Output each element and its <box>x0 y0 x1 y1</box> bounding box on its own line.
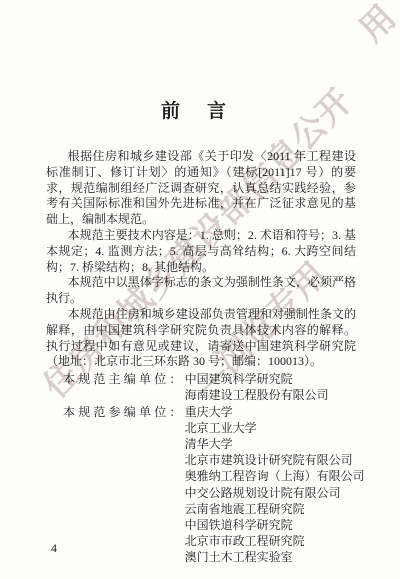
unit-name: 海南建设工程股份有限公司 <box>185 387 329 403</box>
unit-name: 北京市建筑设计研究院有限公司 <box>185 452 365 468</box>
chief-editor-label: 本规范主编单位： <box>46 371 185 387</box>
chief-editor-units: 中国建筑科学研究院 海南建设工程股份有限公司 <box>185 371 329 403</box>
editor-units-section: 本规范主编单位： 中国建筑科学研究院 海南建设工程股份有限公司 本规范参编单位：… <box>46 371 356 565</box>
title-char-1: 前 <box>161 96 181 123</box>
scanned-document-page: 住房和城乡建设部信息公开 —浏览专用 用 前 言 根据住房和城乡建设部《关于印发… <box>0 0 400 579</box>
unit-name: 重庆大学 <box>185 404 365 420</box>
unit-name: 北京市市政工程研究院 <box>185 533 365 549</box>
unit-name: 中交公路规划设计院有限公司 <box>185 485 365 501</box>
participants-label: 本规范参编单位： <box>46 404 185 420</box>
unit-name: 北京工业大学 <box>185 420 365 436</box>
unit-name: 云南省地震工程研究院 <box>185 501 365 517</box>
page-content: 前 言 根据住房和城乡建设部《关于印发〈2011 年工程建设标准制订、修订计划〉… <box>46 96 356 566</box>
page-title: 前 言 <box>46 96 342 123</box>
page-number: 4 <box>51 541 57 556</box>
paragraph-basis: 根据住房和城乡建设部《关于印发〈2011 年工程建设标准制订、修订计划〉的通知》… <box>46 149 356 228</box>
unit-name: 清华大学 <box>185 436 365 452</box>
unit-name: 中国建筑科学研究院 <box>185 371 329 387</box>
unit-name: 奥雅纳工程咨询（上海）有限公司 <box>185 468 365 484</box>
participants-row: 本规范参编单位： 重庆大学 北京工业大学 清华大学 北京市建筑设计研究院有限公司… <box>46 404 356 566</box>
unit-name: 澳门土木工程实验室 <box>185 549 365 565</box>
title-char-2: 言 <box>207 96 227 123</box>
participant-units: 重庆大学 北京工业大学 清华大学 北京市建筑设计研究院有限公司 奥雅纳工程咨询（… <box>185 404 365 566</box>
watermark-corner-fragment: 用 <box>346 0 400 51</box>
unit-name: 中国铁道科学研究院 <box>185 517 365 533</box>
paragraph-administration: 本规范由住房和城乡建设部负责管理和对强制性条文的解释，由中国建筑科学研究院负责具… <box>46 307 356 370</box>
paragraph-contents: 本规范主要技术内容是：1. 总则；2. 术语和符号；3. 基本规定；4. 监测方… <box>46 228 356 275</box>
chief-editor-row: 本规范主编单位： 中国建筑科学研究院 海南建设工程股份有限公司 <box>46 371 356 403</box>
paragraph-mandatory-provisions: 本规范中以黑体字标志的条文为强制性条文，必须严格执行。 <box>46 275 356 307</box>
